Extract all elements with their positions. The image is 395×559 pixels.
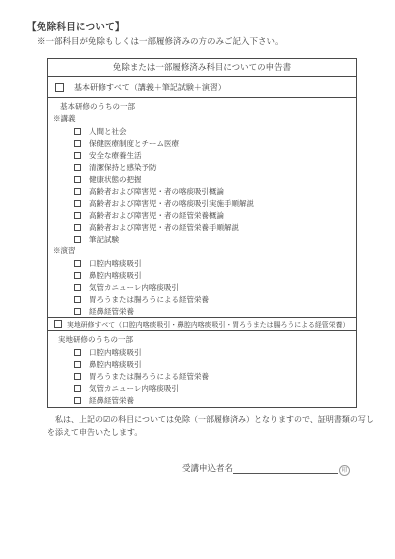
basic-training-all-checkbox[interactable] — [55, 83, 64, 92]
item-checkbox[interactable] — [74, 212, 81, 219]
document-page: 【免除科目について】 ※一部科目が免除もしくは一部履修済みの方のみご記入下さい。… — [0, 0, 395, 559]
checklist-item: 高齢者および障害児・者の喀痰吸引概論 — [48, 185, 356, 197]
item-label: 鼻腔内喀痰吸引 — [89, 359, 142, 370]
declaration-text: 私は、上記の☑の科目については免除（一部履修済み）となりますので、証明書類の写し… — [47, 413, 381, 439]
item-checkbox[interactable] — [74, 361, 81, 368]
checklist-item: 高齢者および障害児・者の経管栄養概論 — [48, 209, 356, 221]
item-checkbox[interactable] — [74, 373, 81, 380]
instruction-note: ※一部科目が免除もしくは一部履修済みの方のみご記入下さい。 — [37, 35, 284, 47]
item-label: 気管カニューレ内喀痰吸引 — [89, 383, 179, 394]
item-checkbox[interactable] — [74, 200, 81, 207]
item-label: 経鼻経管栄養 — [89, 395, 134, 406]
field-partial-section-label: 実地研修のうちの一部 — [48, 334, 356, 346]
checklist-item: 人間と社会 — [48, 125, 356, 137]
item-checkbox[interactable] — [74, 349, 81, 356]
item-label: 高齢者および障害児・者の喀痰吸引実施手順解説 — [89, 198, 254, 209]
field-checklist: 口腔内喀痰吸引 鼻腔内喀痰吸引 胃ろうまたは腸ろうによる経管栄養 — [48, 346, 356, 406]
item-label: 健康状態の把握 — [89, 174, 142, 185]
basic-training-all-row: 基本研修すべて（講義＋筆記試験＋演習） — [48, 77, 356, 98]
item-checkbox[interactable] — [74, 397, 81, 404]
checklist-item: 清潔保持と感染予防 — [48, 161, 356, 173]
checklist-item: 高齢者および障害児・者の経管栄養手順解説 — [48, 221, 356, 233]
item-checkbox[interactable] — [74, 152, 81, 159]
checklist-item: 胃ろうまたは腸ろうによる経管栄養 — [48, 293, 356, 305]
item-label: 口腔内喀痰吸引 — [89, 347, 142, 358]
item-label: 高齢者および障害児・者の経管栄養手順解説 — [89, 222, 239, 233]
checklist-item: 気管カニューレ内喀痰吸引 — [48, 281, 356, 293]
item-checkbox[interactable] — [74, 128, 81, 135]
item-checkbox[interactable] — [74, 272, 81, 279]
applicant-name-label: 受講申込者名 — [182, 462, 233, 474]
item-label: 口腔内喀痰吸引 — [89, 258, 142, 269]
item-label: 鼻腔内喀痰吸引 — [89, 270, 142, 281]
exemption-declaration-table: 免除または一部履修済み科目についての申告書 基本研修すべて（講義＋筆記試験＋演習… — [47, 58, 357, 408]
item-checkbox[interactable] — [74, 224, 81, 231]
checklist-item: 安全な療養生活 — [48, 149, 356, 161]
field-training-all-checkbox[interactable] — [54, 320, 62, 328]
checklist-item: 鼻腔内喀痰吸引 — [48, 269, 356, 281]
item-checkbox[interactable] — [74, 236, 81, 243]
lecture-sublabel: ※講義 — [48, 113, 356, 125]
checklist-item: 経鼻経管栄養 — [48, 305, 356, 317]
checklist-item: 健康状態の把握 — [48, 173, 356, 185]
page-title: 【免除科目について】 — [27, 19, 125, 33]
checklist-item: 口腔内喀痰吸引 — [48, 257, 356, 269]
item-checkbox[interactable] — [74, 188, 81, 195]
checklist-item: 気管カニューレ内喀痰吸引 — [48, 382, 356, 394]
field-training-partial-section: 実地研修のうちの一部 口腔内喀痰吸引 鼻腔内喀痰吸引 胃ろ — [48, 331, 356, 408]
basic-training-all-label: 基本研修すべて（講義＋筆記試験＋演習） — [74, 82, 226, 93]
item-label: 安全な療養生活 — [89, 150, 142, 161]
item-checkbox[interactable] — [74, 296, 81, 303]
practice-sublabel: ※演習 — [48, 245, 356, 257]
item-checkbox[interactable] — [74, 140, 81, 147]
lecture-checklist: 人間と社会 保健医療制度とチーム医療 安全な療養生活 清潔保持と — [48, 125, 356, 245]
basic-partial-section-label: 基本研修のうちの一部 — [48, 100, 356, 113]
item-label: 高齢者および障害児・者の経管栄養概論 — [89, 210, 224, 221]
checklist-item: 経鼻経管栄養 — [48, 394, 356, 406]
field-training-all-label: 実地研修すべて（口腔内喀痰吸引・鼻腔内喀痰吸引・胃ろうまたは腸ろうによる経管栄養… — [67, 319, 349, 329]
checklist-item: 高齢者および障害児・者の喀痰吸引実施手順解説 — [48, 197, 356, 209]
table-title: 免除または一部履修済み科目についての申告書 — [48, 59, 356, 77]
item-label: 保健医療制度とチーム医療 — [89, 138, 179, 149]
item-label: 人間と社会 — [89, 126, 127, 137]
item-label: 気管カニューレ内喀痰吸引 — [89, 282, 179, 293]
seal-icon: 印 — [339, 465, 350, 476]
item-label: 高齢者および障害児・者の喀痰吸引概論 — [89, 186, 224, 197]
item-checkbox[interactable] — [74, 284, 81, 291]
checklist-item: 鼻腔内喀痰吸引 — [48, 358, 356, 370]
checklist-item: 胃ろうまたは腸ろうによる経管栄養 — [48, 370, 356, 382]
item-checkbox[interactable] — [74, 164, 81, 171]
item-checkbox[interactable] — [74, 260, 81, 267]
signature-row: 受講申込者名印 — [182, 462, 350, 474]
checklist-item: 口腔内喀痰吸引 — [48, 346, 356, 358]
item-checkbox[interactable] — [74, 385, 81, 392]
item-label: 経鼻経管栄養 — [89, 306, 134, 317]
applicant-name-input-line[interactable] — [233, 463, 338, 474]
basic-training-partial-section: 基本研修のうちの一部 ※講義 人間と社会 保健医療制度とチーム医療 — [48, 98, 356, 317]
item-checkbox[interactable] — [74, 176, 81, 183]
item-label: 胃ろうまたは腸ろうによる経管栄養 — [89, 294, 209, 305]
practice-checklist: 口腔内喀痰吸引 鼻腔内喀痰吸引 気管カニューレ内喀痰吸引 胃ろう — [48, 257, 356, 317]
item-label: 筆記試験 — [89, 234, 119, 245]
item-checkbox[interactable] — [74, 308, 81, 315]
checklist-item: 筆記試験 — [48, 233, 356, 245]
item-label: 胃ろうまたは腸ろうによる経管栄養 — [89, 371, 209, 382]
item-label: 清潔保持と感染予防 — [89, 162, 157, 173]
field-training-all-row: 実地研修すべて（口腔内喀痰吸引・鼻腔内喀痰吸引・胃ろうまたは腸ろうによる経管栄養… — [48, 317, 356, 331]
checklist-item: 保健医療制度とチーム医療 — [48, 137, 356, 149]
